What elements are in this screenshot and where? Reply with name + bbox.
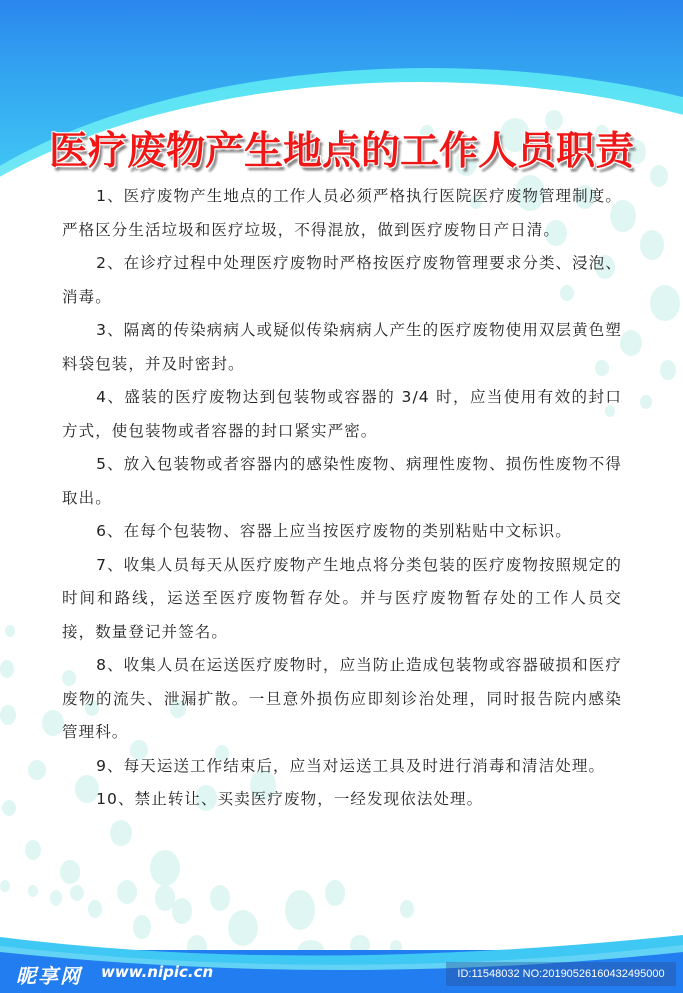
responsibility-item-10: 10、禁止转让、买卖医疗废物，一经发现依法处理。 — [62, 783, 622, 817]
responsibility-item-9: 9、每天运送工作结束后，应当对运送工具及时进行消毒和清洁处理。 — [62, 750, 622, 784]
responsibility-item-8: 8、收集人员在运送医疗废物时，应当防止造成包装物或容器破损和医疗废物的流失、泄漏… — [62, 649, 622, 750]
watermark-id: ID:11548032 NO:20190526160432495000 — [446, 962, 676, 986]
watermark-logo: 昵享网 — [16, 960, 82, 989]
watermark-url: www.nipic.cn — [101, 963, 213, 981]
responsibility-item-3: 3、隔离的传染病病人或疑似传染病病人产生的医疗废物使用双层黄色塑料袋包装，并及时… — [62, 314, 622, 381]
responsibility-item-1: 1、医疗废物产生地点的工作人员必须严格执行医院医疗废物管理制度。严格区分生活垃圾… — [62, 180, 622, 247]
responsibility-item-2: 2、在诊疗过程中处理医疗废物时严格按医疗废物管理要求分类、浸泡、消毒。 — [62, 247, 622, 314]
responsibility-item-5: 5、放入包装物或者容器内的感染性废物、病理性废物、损伤性废物不得取出。 — [62, 448, 622, 515]
responsibility-item-7: 7、收集人员每天从医疗废物产生地点将分类包装的医疗废物按照规定的时间和路线，运送… — [62, 549, 622, 650]
responsibilities-list: 1、医疗废物产生地点的工作人员必须严格执行医院医疗废物管理制度。严格区分生活垃圾… — [62, 180, 622, 817]
page-title: 医疗废物产生地点的工作人员职责 — [0, 120, 683, 176]
poster: 医疗废物产生地点的工作人员职责 1、医疗废物产生地点的工作人员必须严格执行医院医… — [0, 0, 683, 993]
responsibility-item-4: 4、盛装的医疗废物达到包装物或容器的 3/4 时，应当使用有效的封口方式，使包装… — [62, 381, 622, 448]
responsibility-item-6: 6、在每个包装物、容器上应当按医疗废物的类别粘贴中文标识。 — [62, 515, 622, 549]
